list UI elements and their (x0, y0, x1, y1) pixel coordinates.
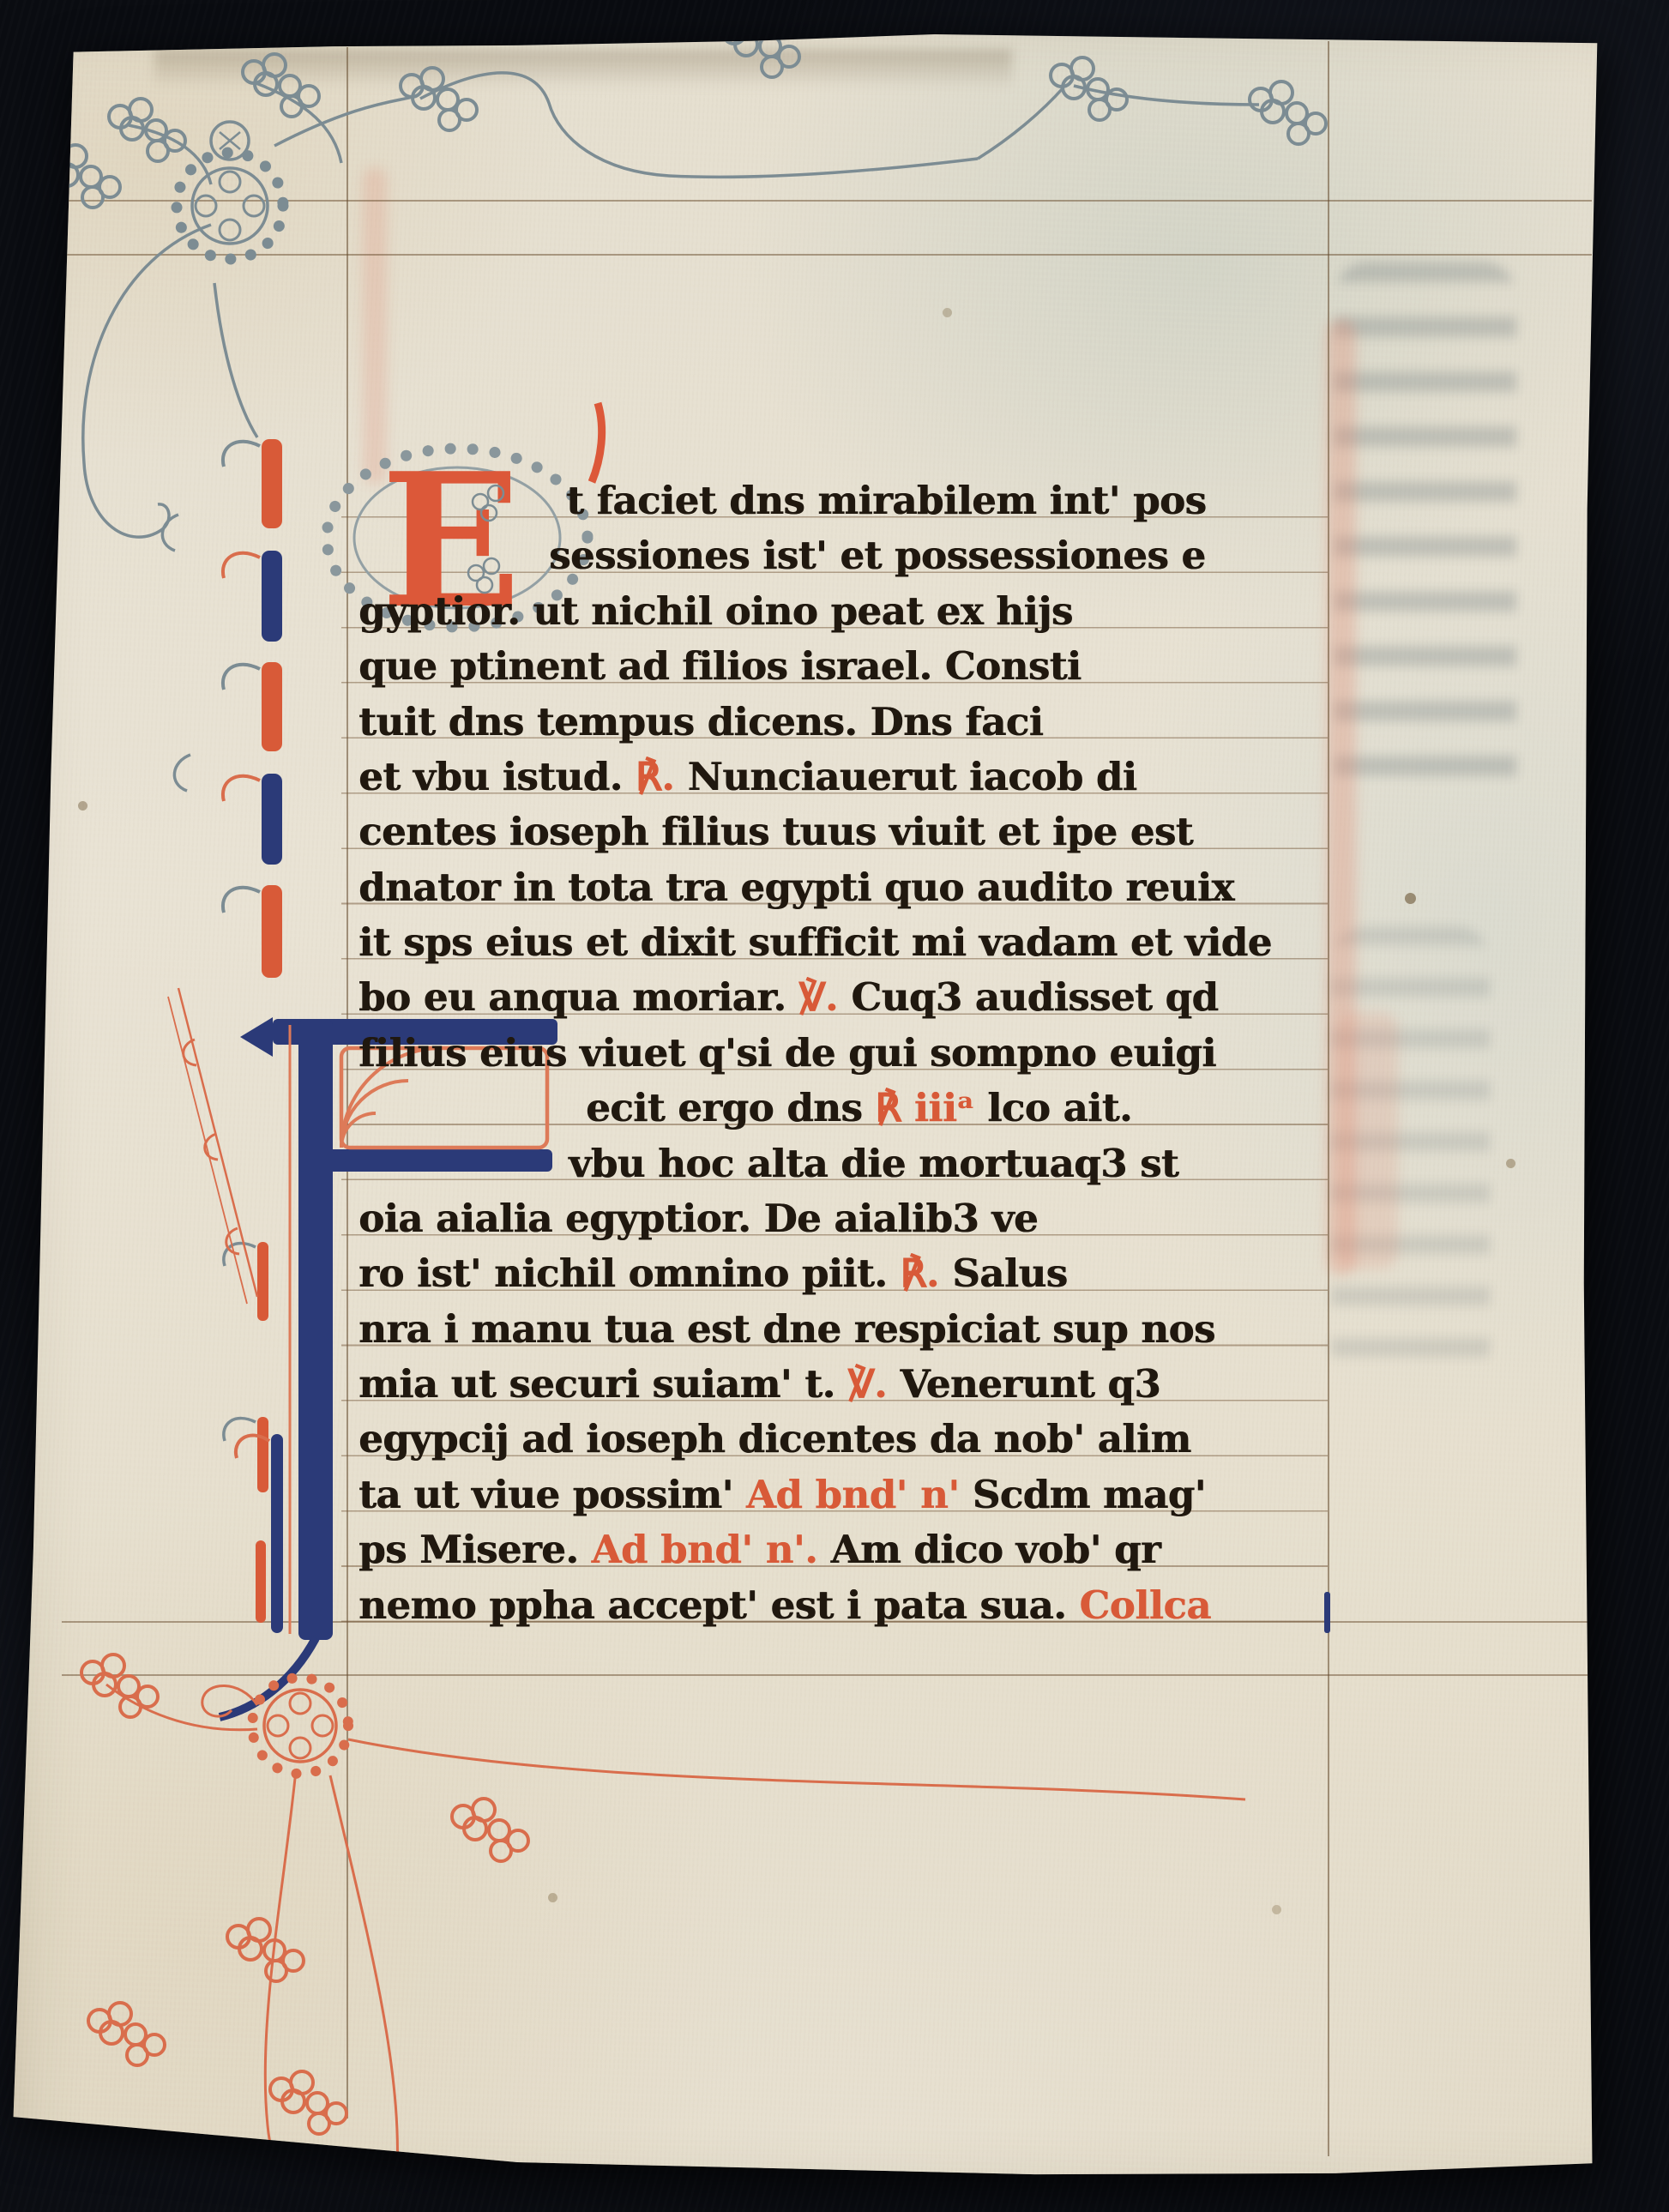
responsory-mark: ℟. (636, 754, 674, 799)
manuscript-line: que ptinent ad filios israel. Consti (359, 639, 1326, 694)
line-text: mia ut securi suiam' t. (359, 1361, 835, 1407)
manuscript-line: nra i manu tua est dne respiciat sup nos (359, 1302, 1326, 1357)
photo-background: E (0, 0, 1669, 2212)
line-text: ps Misere. (359, 1527, 578, 1572)
line-text: centes ioseph filius tuus viuit et ipe e… (359, 809, 1193, 854)
line-text: Cuq3 audisset qd (851, 974, 1218, 1020)
manuscript-line: ecit ergo dns ℟ iiiᵃ lco ait. (359, 1081, 1326, 1136)
line-text: Am dico vob' qr (830, 1527, 1160, 1572)
line-text: ecit ergo dns (586, 1085, 862, 1130)
line-text: Venerunt q3 (900, 1361, 1160, 1407)
manuscript-line: t faciet dns mirabilem int' pos (359, 473, 1326, 528)
manuscript-line: it sps eius et dixit sufficit mi vadam e… (359, 915, 1326, 970)
red-offset-stain (363, 167, 387, 485)
line-text: it sps eius et dixit sufficit mi vadam e… (359, 919, 1272, 965)
manuscript-line: ro ist' nichil omnino piit. ℟. Salus (359, 1246, 1326, 1301)
line-text: t faciet dns mirabilem int' pos (566, 478, 1206, 523)
line-text: Salus (952, 1251, 1067, 1296)
manuscript-line: vbu hoc alta die mortuaq3 st (359, 1136, 1326, 1191)
manuscript-line: ps Misere. Ad bnd' n'. Am dico vob' qr (359, 1522, 1326, 1577)
manuscript-line: et vbu istud. ℟. Nunciauerut iacob di (359, 750, 1326, 805)
manuscript-line: dnator in tota tra egypti quo audito reu… (359, 860, 1326, 915)
line-text: gyptior. ut nichil oino peat ex hijs (359, 588, 1073, 634)
manuscript-line: gyptior. ut nichil oino peat ex hijs (359, 584, 1326, 639)
manuscript-line: tuit dns tempus dicens. Dns faci (359, 695, 1326, 750)
top-edge-crease (154, 50, 1012, 89)
manuscript-line: filius eius viuet q'si de gui sompno eui… (359, 1026, 1326, 1081)
line-text: et vbu istud. (359, 754, 623, 799)
foxing-spots (0, 0, 8, 8)
manuscript-line: sessiones ist' et possessiones e (359, 528, 1326, 583)
rubric-collect: Collca (1079, 1582, 1211, 1628)
rubric-ad-benedictus: Ad bnd' n' (746, 1472, 960, 1517)
line-text: oia aialia egyptior. De aialib3 ve (359, 1196, 1038, 1241)
line-text: egypcij ad ioseph dicentes da nob' alim (359, 1416, 1190, 1462)
manuscript-line: nemo ppha accept' est i pata sua. Collca (359, 1578, 1326, 1633)
rubric-ad-benedictus: Ad bnd' n'. (592, 1527, 818, 1572)
line-text: Nunciauerut iacob di (687, 754, 1136, 799)
line-text: lco ait. (987, 1085, 1132, 1130)
line-text: sessiones ist' et possessiones e (549, 533, 1205, 578)
manuscript-line: oia aialia egyptior. De aialib3 ve (359, 1191, 1326, 1246)
line-text: bo eu anqua moriar. (359, 974, 786, 1020)
line-text: ro ist' nichil omnino piit. (359, 1251, 887, 1296)
line-text: nra i manu tua est dne respiciat sup nos (359, 1306, 1215, 1352)
ruling-line (62, 1674, 1592, 1676)
manuscript-line: bo eu anqua moriar. ℣. Cuq3 audisset qd (359, 970, 1326, 1025)
line-text: que ptinent ad filios israel. Consti (359, 643, 1081, 689)
manuscript-line: mia ut securi suiam' t. ℣. Venerunt q3 (359, 1357, 1326, 1412)
manuscript-leaf: E (0, 0, 1669, 2212)
line-text: dnator in tota tra egypti quo audito reu… (359, 865, 1234, 910)
manuscript-line: centes ioseph filius tuus viuit et ipe e… (359, 805, 1326, 859)
text-block: t faciet dns mirabilem int' pos sessione… (359, 473, 1326, 1633)
line-text: nemo ppha accept' est i pata sua. (359, 1582, 1066, 1628)
versicle-mark: ℣. (799, 974, 838, 1020)
leaf-shadow: E (0, 0, 1669, 2212)
responsory-rubric: ℟ iiiᵃ (875, 1085, 974, 1130)
line-text: tuit dns tempus dicens. Dns faci (359, 699, 1043, 744)
line-text: filius eius viuet q'si de gui sompno eui… (359, 1030, 1216, 1076)
manuscript-line: ta ut viue possim' Ad bnd' n' Scdm mag' (359, 1468, 1326, 1522)
ruling-line (62, 254, 1592, 256)
manuscript-line: egypcij ad ioseph dicentes da nob' alim (359, 1412, 1326, 1467)
line-text: vbu hoc alta die mortuaq3 st (569, 1141, 1178, 1186)
line-text: Scdm mag' (973, 1472, 1206, 1517)
versicle-mark: ℣. (848, 1361, 887, 1407)
line-text: ta ut viue possim' (359, 1472, 733, 1517)
responsory-mark: ℟. (900, 1251, 938, 1296)
ruling-line (62, 200, 1592, 202)
